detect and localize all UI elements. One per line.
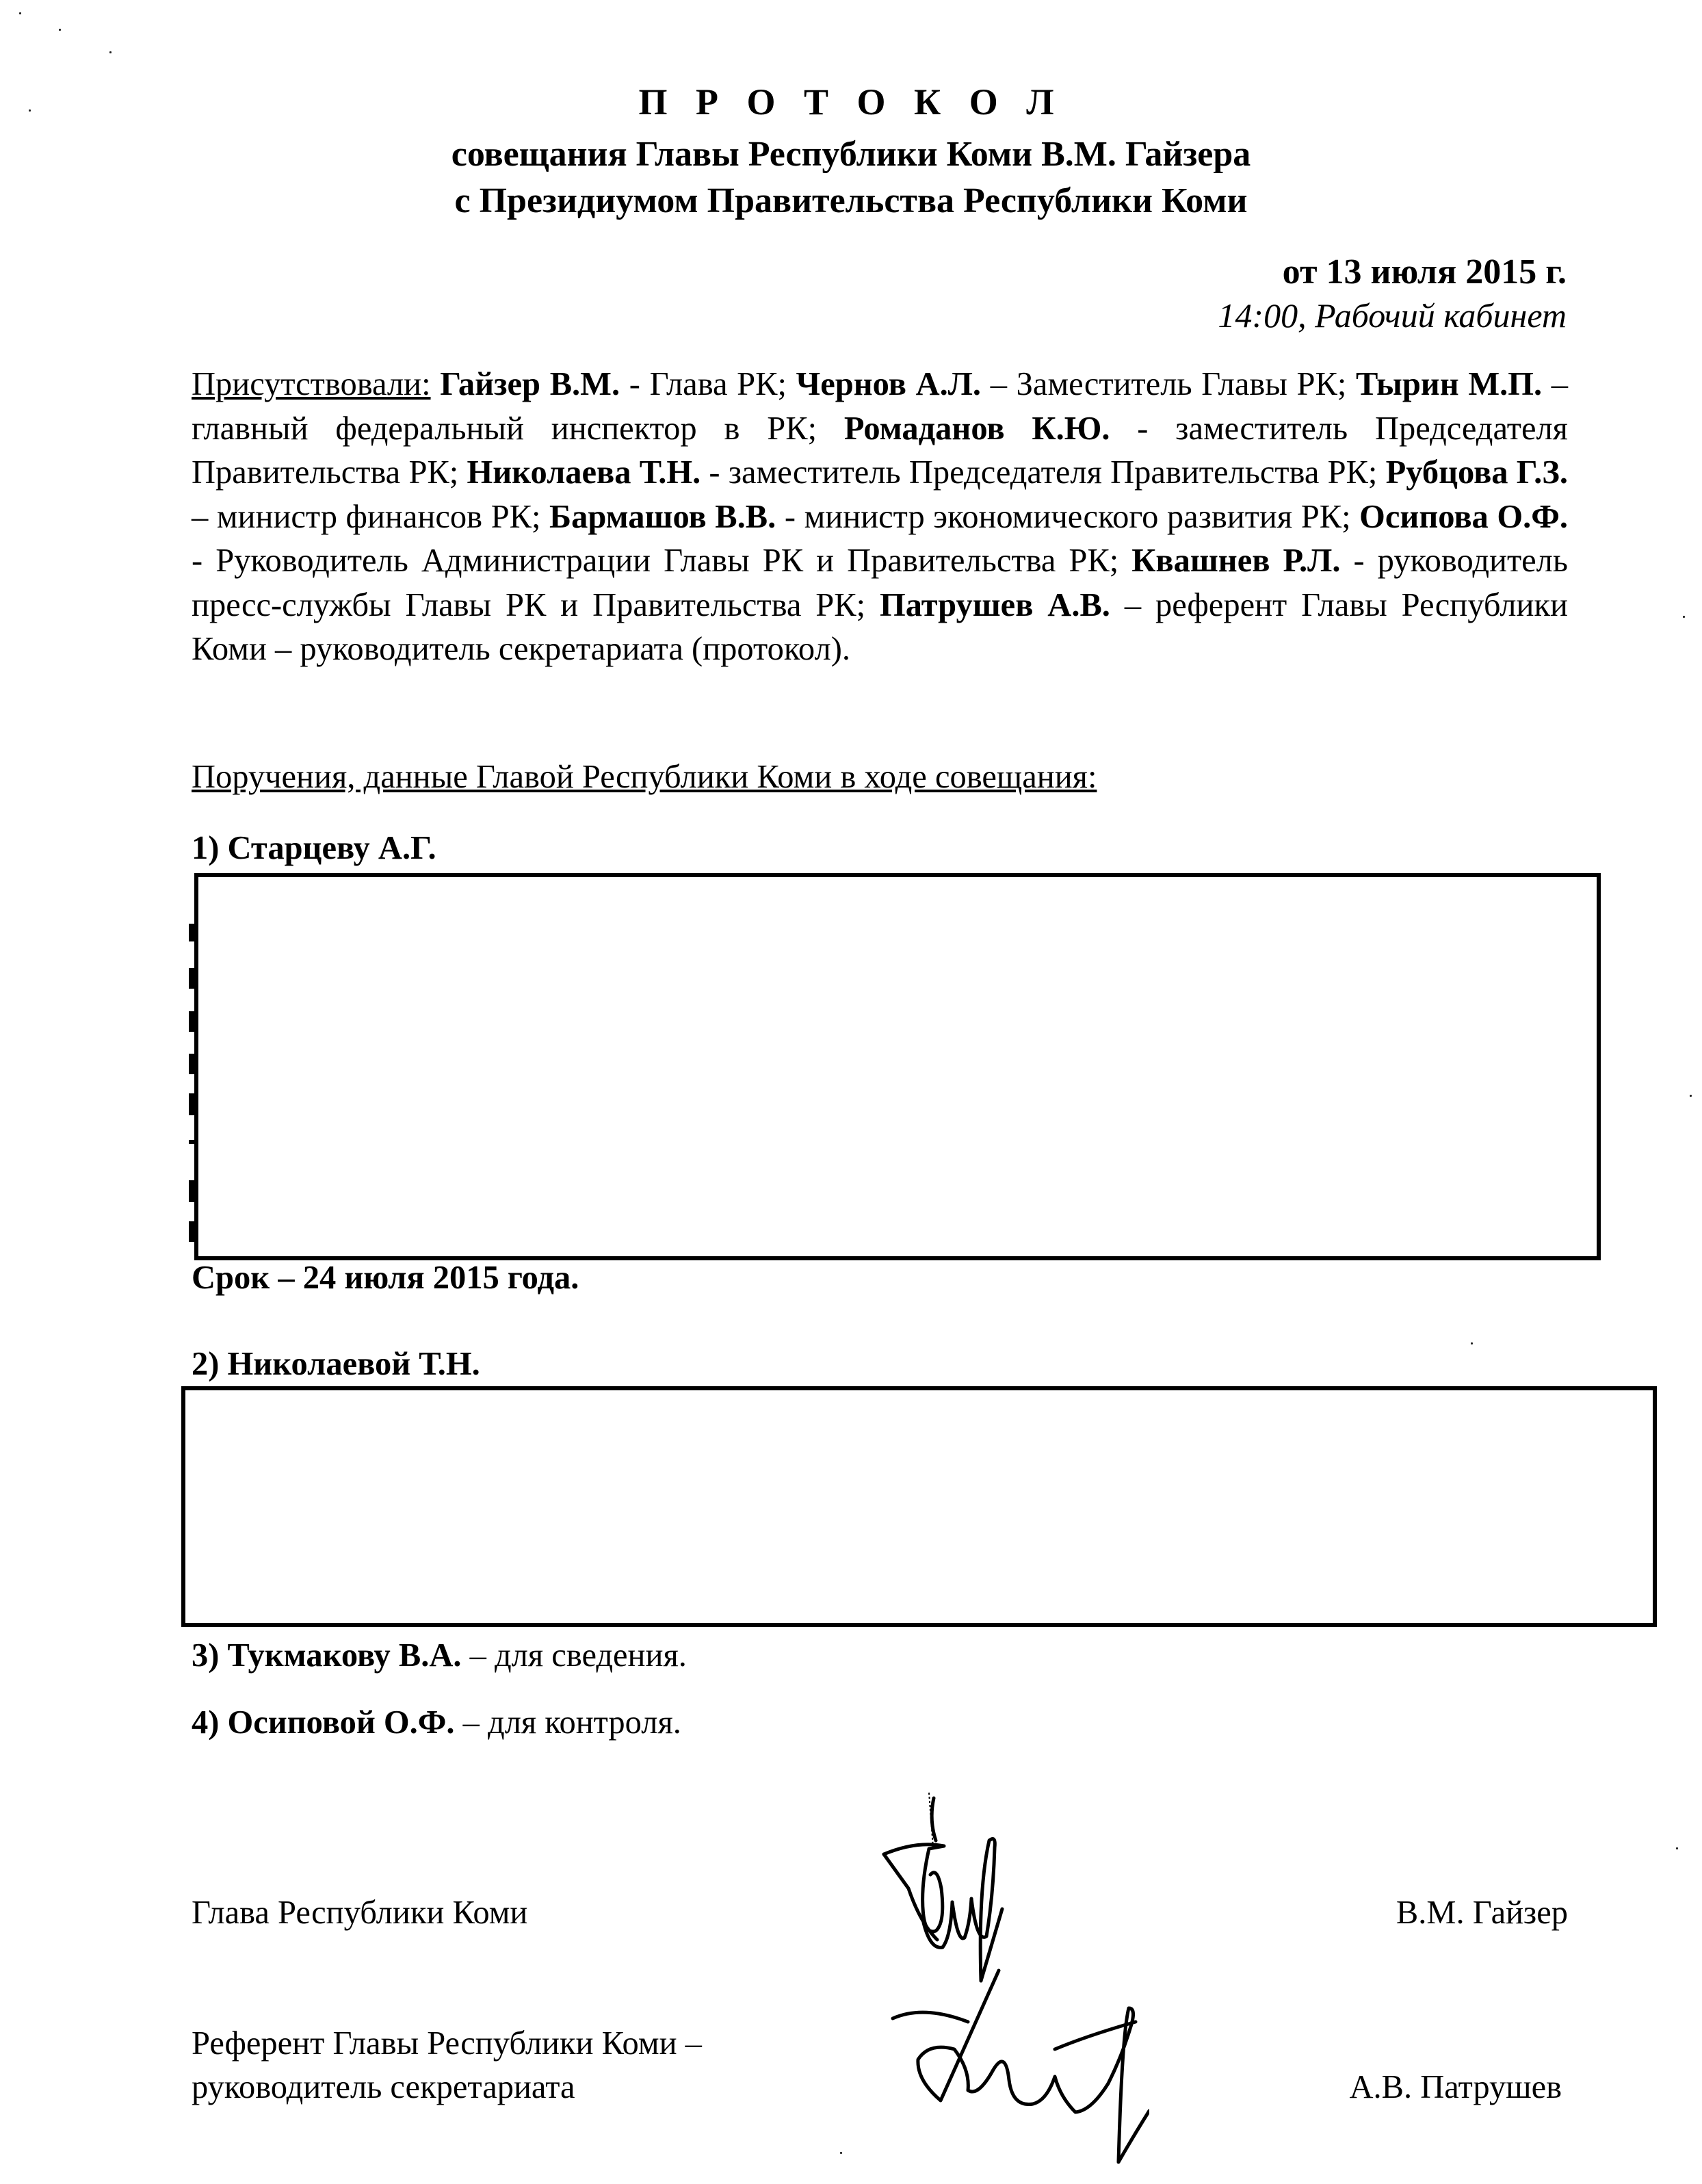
attendee-role: - министр экономического развития РК; [776,499,1359,535]
assignment-item-2: 2) Николаевой Т.Н. [192,1345,480,1383]
item-number: 2) [192,1346,219,1382]
scan-speck [1471,1342,1473,1344]
attendee-name: Гайзер В.М. [440,366,620,402]
attendees-paragraph: Присутствовали: Гайзер В.М. - Глава РК; … [192,363,1568,672]
assignment-item-3: 3) Тукмакову В.А. – для сведения. [192,1637,687,1674]
scan-speck [1676,1847,1678,1849]
attendee-role: – министр финансов РК; [192,499,549,535]
signatory-name-2: А.В. Патрушев [1350,2066,1562,2109]
item-assignee: Николаевой Т.Н. [228,1346,480,1382]
redaction-box-1 [194,873,1601,1260]
attendee-name: Ромаданов К.Ю. [844,411,1110,447]
attendee-name: Николаева Т.Н. [467,454,701,491]
attendee-name: Бармашов В.В. [549,499,776,535]
redaction-box-2 [181,1386,1657,1627]
assignment-item-4: 4) Осиповой О.Ф. – для контроля. [192,1704,681,1741]
item-number: 4) [192,1704,219,1741]
scan-speck [109,51,112,53]
scan-speck [1690,1095,1692,1097]
attendee-name: Тырин М.П. [1356,366,1542,402]
scan-speck [1683,616,1685,618]
scan-speck [29,109,31,112]
attendee-role: - Руководитель Администрации Главы РК и … [192,543,1131,579]
item-note: – для контроля. [455,1704,681,1741]
attendee-role: – Заместитель Главы РК; [981,366,1356,402]
attendee-name: Чернов А.Л. [796,366,981,402]
attendee-role: - заместитель Председателя Правительства… [701,454,1385,491]
attendee-name: Осипова О.Ф. [1359,499,1568,535]
scan-speck [840,2152,842,2154]
item-number: 1) [192,830,219,866]
signatory-position-1: Глава Республики Коми [192,1891,527,1935]
signatory-position-2-line1: Референт Главы Республики Коми – [192,2022,702,2066]
item-assignee: Осиповой О.Ф. [228,1704,455,1741]
document-date: от 13 июля 2015 г. [1283,252,1567,292]
attendee-name: Квашнев Р.Л. [1131,543,1340,579]
signatory-name-1: В.М. Гайзер [1396,1891,1568,1935]
attendee-name: Рубцова Г.З. [1386,454,1568,491]
item-assignee: Старцеву А.Г. [228,830,436,866]
assignment-item-1: 1) Старцеву А.Г. [192,829,436,867]
handwritten-signature-icon [876,1967,1149,2172]
scan-speck [59,29,61,31]
document-subtitle-line1: совещания Главы Республики Коми В.М. Гай… [0,134,1702,174]
attendees-label: Присутствовали: [192,366,431,402]
item-number: 3) [192,1637,219,1674]
document-subtitle-line2: с Президиумом Правительства Республики К… [0,181,1702,221]
scan-speck [19,12,21,14]
item-deadline: Срок – 24 июля 2015 года. [192,1259,579,1297]
assignments-heading: Поручения, данные Главой Республики Коми… [192,758,1097,796]
item-note: – для сведения. [462,1637,687,1674]
document-title: П Р О Т О К О Л [0,81,1702,123]
attendee-role: - Глава РК; [620,366,796,402]
signatory-position-2: Референт Главы Республики Коми – руковод… [192,2022,702,2109]
item-assignee: Тукмакову В.А. [228,1637,462,1674]
signatory-position-2-line2: руководитель секретариата [192,2066,702,2109]
attendee-name: Патрушев А.В. [880,587,1110,623]
document-time-place: 14:00, Рабочий кабинет [1218,296,1567,335]
